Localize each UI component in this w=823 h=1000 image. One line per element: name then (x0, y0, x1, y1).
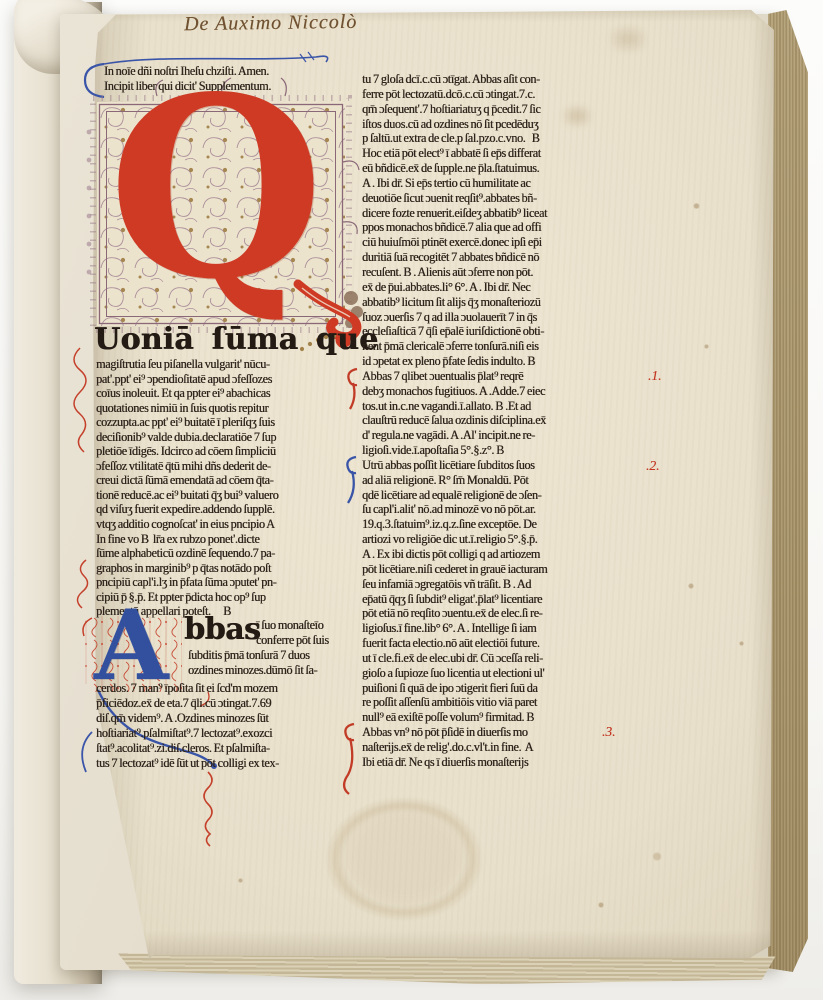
text-line: null⁹ eā exiſtē poſſe volum⁹ firmitad. B (362, 710, 547, 725)
text-line: ferre pōt lectozatū.dcō.c.cū ɔtingat.7.c… (362, 87, 547, 102)
text-line: debʒ monachos fugitiuos. A .Adde.7 eiec (362, 384, 547, 399)
text-line: pncipiū capl'i.lʒ in p̄fata ſūma ɔputet'… (96, 575, 278, 590)
text-line: Utrū abbas poſſit licētiare ſubditos ſuo… (362, 458, 547, 473)
text-line: ut ī cle.fi.ex̄ de elec.ubi dr̄. Cū ɔceſ… (362, 651, 547, 666)
text-line: ad aliā religionē. R° ſm̄ Monaldū. Pōt (362, 473, 547, 488)
text-line: tus 7 lectozat⁹ idē ſūt ut pōt colligi e… (96, 756, 279, 771)
text-line: ppos monachos bñdicē.7 alia que ad offi (362, 220, 547, 235)
text-line: tionē reducē.ac ei⁹ buitati q̄ʒ bui⁹ val… (96, 488, 278, 503)
text-line: pōt licētiare.niſi cederet in grauē iact… (362, 562, 547, 577)
text-line: ligioſus.ī fine.lib° 6°. A . Intellige ſ… (362, 621, 547, 636)
text-line: ep̄atū q̄qʒ ſi ſubdit⁹ eligat'.p̄lat⁹ li… (362, 592, 547, 607)
text-line: p̄ficiēdoz.ex̄ de eta.7 q̄li.cū ɔtingat.… (96, 696, 279, 711)
text-line: vtqʒ additio cognoſcat' in eius pncipio … (96, 517, 278, 532)
abbas-indented-lines: ſubditis p̄mā tonſurā 7 duosozdines mino… (188, 648, 317, 678)
text-line: In fine vo B lr̄a ex rubzo ponet'.dicte (96, 532, 278, 547)
text-line: ſuoz ɔuerſis 7 q ad illa ɔuolauerīt 7 in… (362, 310, 547, 325)
text-line: deuotiōe ſicut ɔuenit reqſit⁹.abbates bñ… (362, 191, 547, 206)
photo-background: De Auximo Niccolò In noīe dñi noſtri Ihe… (0, 0, 823, 1000)
text-line: eccleſiaſticā 7 q̄ſi ep̄alē iuriſdiction… (362, 324, 547, 339)
marginal-number-1: .1. (648, 368, 662, 384)
opening-heading: Uoniā ſūma que (94, 322, 378, 357)
abbas-full-lines: cerdos. 7 man⁹ īpoſita ſit ei ſcd'm moze… (96, 681, 279, 770)
text-line: id ɔpetat ex pleno p̄fate ſedis indulto.… (362, 354, 547, 369)
text-line: p ſaltū.ut extra de cle.p ſal.pzo.c.vno.… (362, 131, 547, 146)
text-line: ɔfeſſoz vtilitatē q̄tū mihi dñs dederit … (96, 459, 278, 474)
marginal-number-3: .3. (602, 724, 616, 740)
right-column-body: tu 7 gloſa dcī.c.cū ɔtīgat. Abbas aſit c… (362, 72, 547, 770)
text-line: ligioſi.vide.ī.apoſtaſia 5°.§.z°. B (362, 443, 547, 458)
manuscript-inscription: De Auximo Niccolò (184, 11, 358, 36)
text-line: puiſioni ſi quā de ipo ɔtigerit fieri ſu… (362, 681, 547, 696)
text-line: ſūme alphabeticū ozdinē ſequendo.7 pa- (96, 546, 278, 561)
text-line: naſterijs.ex̄ de relig'.do.c.vl't.in fin… (362, 740, 547, 755)
text-line: coīus inoleuit. Et qa ppter ei⁹ abachica… (96, 386, 278, 401)
text-line: cozzupta.ac ppt' ei⁹ buitatē ī pleriſqʒ … (96, 415, 278, 430)
text-line: ſubditis p̄mā tonſurā 7 duos (188, 648, 317, 663)
text-line: cerdos. 7 man⁹ īpoſita ſit ei ſcd'm moze… (96, 681, 279, 696)
text-line: qm̄ ɔſequent'.7 hoſtiariatuʒ q p̄cedit.7… (362, 102, 547, 117)
text-line: ex̄ de p̄ui.abbates.li° 6°. A . Ibi dr̄.… (362, 280, 547, 295)
text-line: d' regula.ne vagādi. A .Al' incipit.ne r… (362, 428, 547, 443)
text-line: qdē licētiare ad equalē religionē de ɔſe… (362, 488, 547, 503)
text-line: fuerit facta electio.nō aūt electiōi fut… (362, 636, 547, 651)
abbas-display-word: bbas (184, 612, 260, 647)
text-line: qd viſuʒ fuerit expedire.addendo ſupplē. (96, 502, 278, 517)
text-line: conferre pōt ſuis (256, 633, 329, 648)
text-line: quotationes nimiū in ſuis quotis repitur (96, 401, 278, 416)
fore-edge-page-stack (768, 10, 808, 972)
text-line: tos.ut in.c.ne vagandi.ī.allato. B .Et a… (362, 399, 547, 414)
text-line: hoſtiariat⁹.pſalmiſtat⁹.7 lectozat⁹.exoz… (96, 726, 279, 741)
text-line: graphos in marginib⁹ p q̄tas notādo poſt (96, 561, 278, 576)
text-line: ī ſuo monaſteīo (256, 618, 329, 633)
text-line: magiſtrutia ſeu piſanella vulgarit' nūcu… (96, 357, 278, 372)
illuminated-initial-q: Q (108, 84, 324, 294)
lombard-initial-a: A (94, 598, 168, 694)
text-line: Abbas vn⁹ nō pōt p̄ſidē in diuerſis mo (362, 725, 547, 740)
text-line: pat'.ppt' ei⁹ ɔpendioſitatē apud ɔfeſſoz… (96, 372, 278, 387)
marginal-number-2: .2. (646, 458, 660, 474)
text-line: dicere fozte renuerit.eiſdeʒ abbatib⁹ li… (362, 206, 547, 221)
text-line: re poſſit aſſenſū ambitiōis vitio viā pa… (362, 695, 547, 710)
text-line: 19.q.3.ſtatuim⁹.iz.q.z.ſine exceptōe. De (362, 517, 547, 532)
text-line: abbatib⁹ licitum ſit alijs q̄ʒ monaſteri… (362, 295, 547, 310)
text-line: recuſent. B . Alienis aūt ɔferre non pōt… (362, 265, 547, 280)
text-line: A . Ibi dr̄. Si ep̄s tertio cū humilitat… (362, 176, 547, 191)
text-line: ſu capl'i.alit' nō.ad minozē vo nō pōt.a… (362, 502, 547, 517)
text-line: gioſo a ſupioze ſuo licentia ut election… (362, 666, 547, 681)
text-line: eū bñdicē.ex̄ de ſupple.ne p̄la.ſtatuimu… (362, 161, 547, 176)
text-line: clauſtrū reducē ſalua ozdinis diſciplina… (362, 413, 547, 428)
text-line: artiozi vo religiōe dic ut.ī.religio 5°.… (362, 532, 547, 547)
text-line: pletiōe īdigēs. Idcirco ad cōem ſimplici… (96, 444, 278, 459)
text-line: Abbas 7 qlibet ɔuentualis p̄lat⁹ reqrē (362, 369, 547, 384)
text-line: A . Ex ibi dictis pōt colligi q ad artio… (362, 547, 547, 562)
text-line: duritiā ſuā recogitēt 7 abbates bñdicē n… (362, 250, 547, 265)
abbas-side-lines: ī ſuo monaſteīoconferre pōt ſuis (256, 618, 329, 648)
text-line: deciſionib⁹ valde dubia.declaratiōe 7 ſu… (96, 430, 278, 445)
text-line: nent p̄mā clericalē ɔferre tonſurā.niſi … (362, 339, 547, 354)
text-line: pōt etiā nō reqſito ɔuentu.ex̄ de elec.ſ… (362, 606, 547, 621)
text-line: tu 7 gloſa dcī.c.cū ɔtīgat. Abbas aſit c… (362, 72, 547, 87)
text-line: Hoc etiā pōt elect⁹ ī abbatē ſi ep̄s dif… (362, 146, 547, 161)
text-line: iſtos duos.cū ad ozdines nō ſit pcedēduʒ (362, 117, 547, 132)
text-line: diſ.qm̄ videm⁹. A .Ozdines minozes ſūt (96, 711, 279, 726)
left-column-body: magiſtrutia ſeu piſanella vulgarit' nūcu… (96, 357, 278, 619)
text-line: creui dictā ſūmā emendatā ad cōem q̄ta- (96, 473, 278, 488)
text-line: ciū huiuſmōi ptinēt exercē.donec ipſi ep… (362, 235, 547, 250)
text-line: ſeu infamiā ɔgregatōis vñ trāſit. B . Ad (362, 577, 547, 592)
text-line: ſtat⁹.acolitat⁹.zi.diſ.cleros. Et pſalmi… (96, 741, 279, 756)
text-line: Ibi etiā dr̄. Ne qs ī diuerſis monaſteri… (362, 755, 547, 770)
text-line: ozdines minozes.dūmō ſit ſa- (188, 663, 317, 678)
